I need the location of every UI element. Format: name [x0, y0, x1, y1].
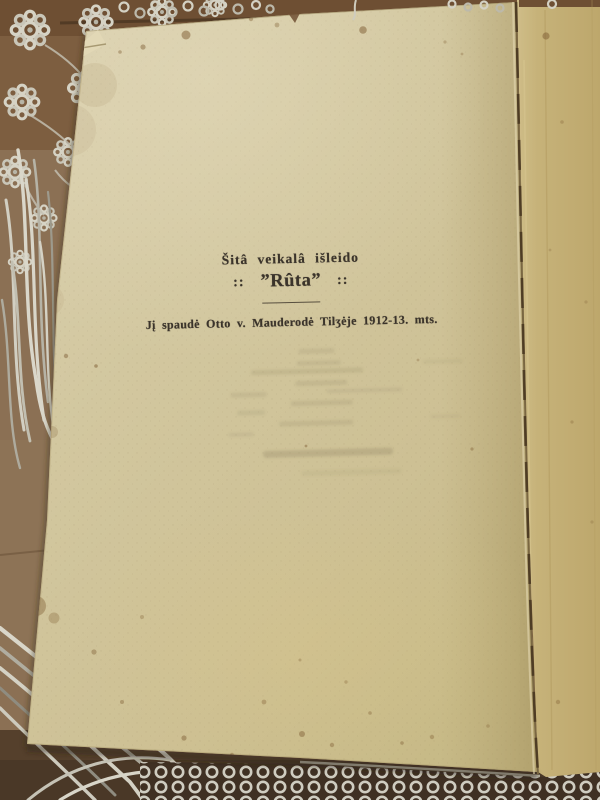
book-photo: Šitâ veikalâ išleido :: ”Rûta” :: Jį spa…: [0, 0, 600, 800]
scene-svg: [0, 0, 600, 800]
title-line: :: ”Rûta” ::: [61, 266, 521, 296]
colophon-block: Šitâ veikalâ išleido :: ”Rûta” :: Jį spa…: [60, 245, 522, 335]
colon-mark-right: ::: [337, 271, 349, 291]
colon-mark-left: ::: [233, 273, 245, 293]
book-title: ”Rûta”: [260, 270, 321, 291]
divider-rule: [262, 301, 320, 303]
